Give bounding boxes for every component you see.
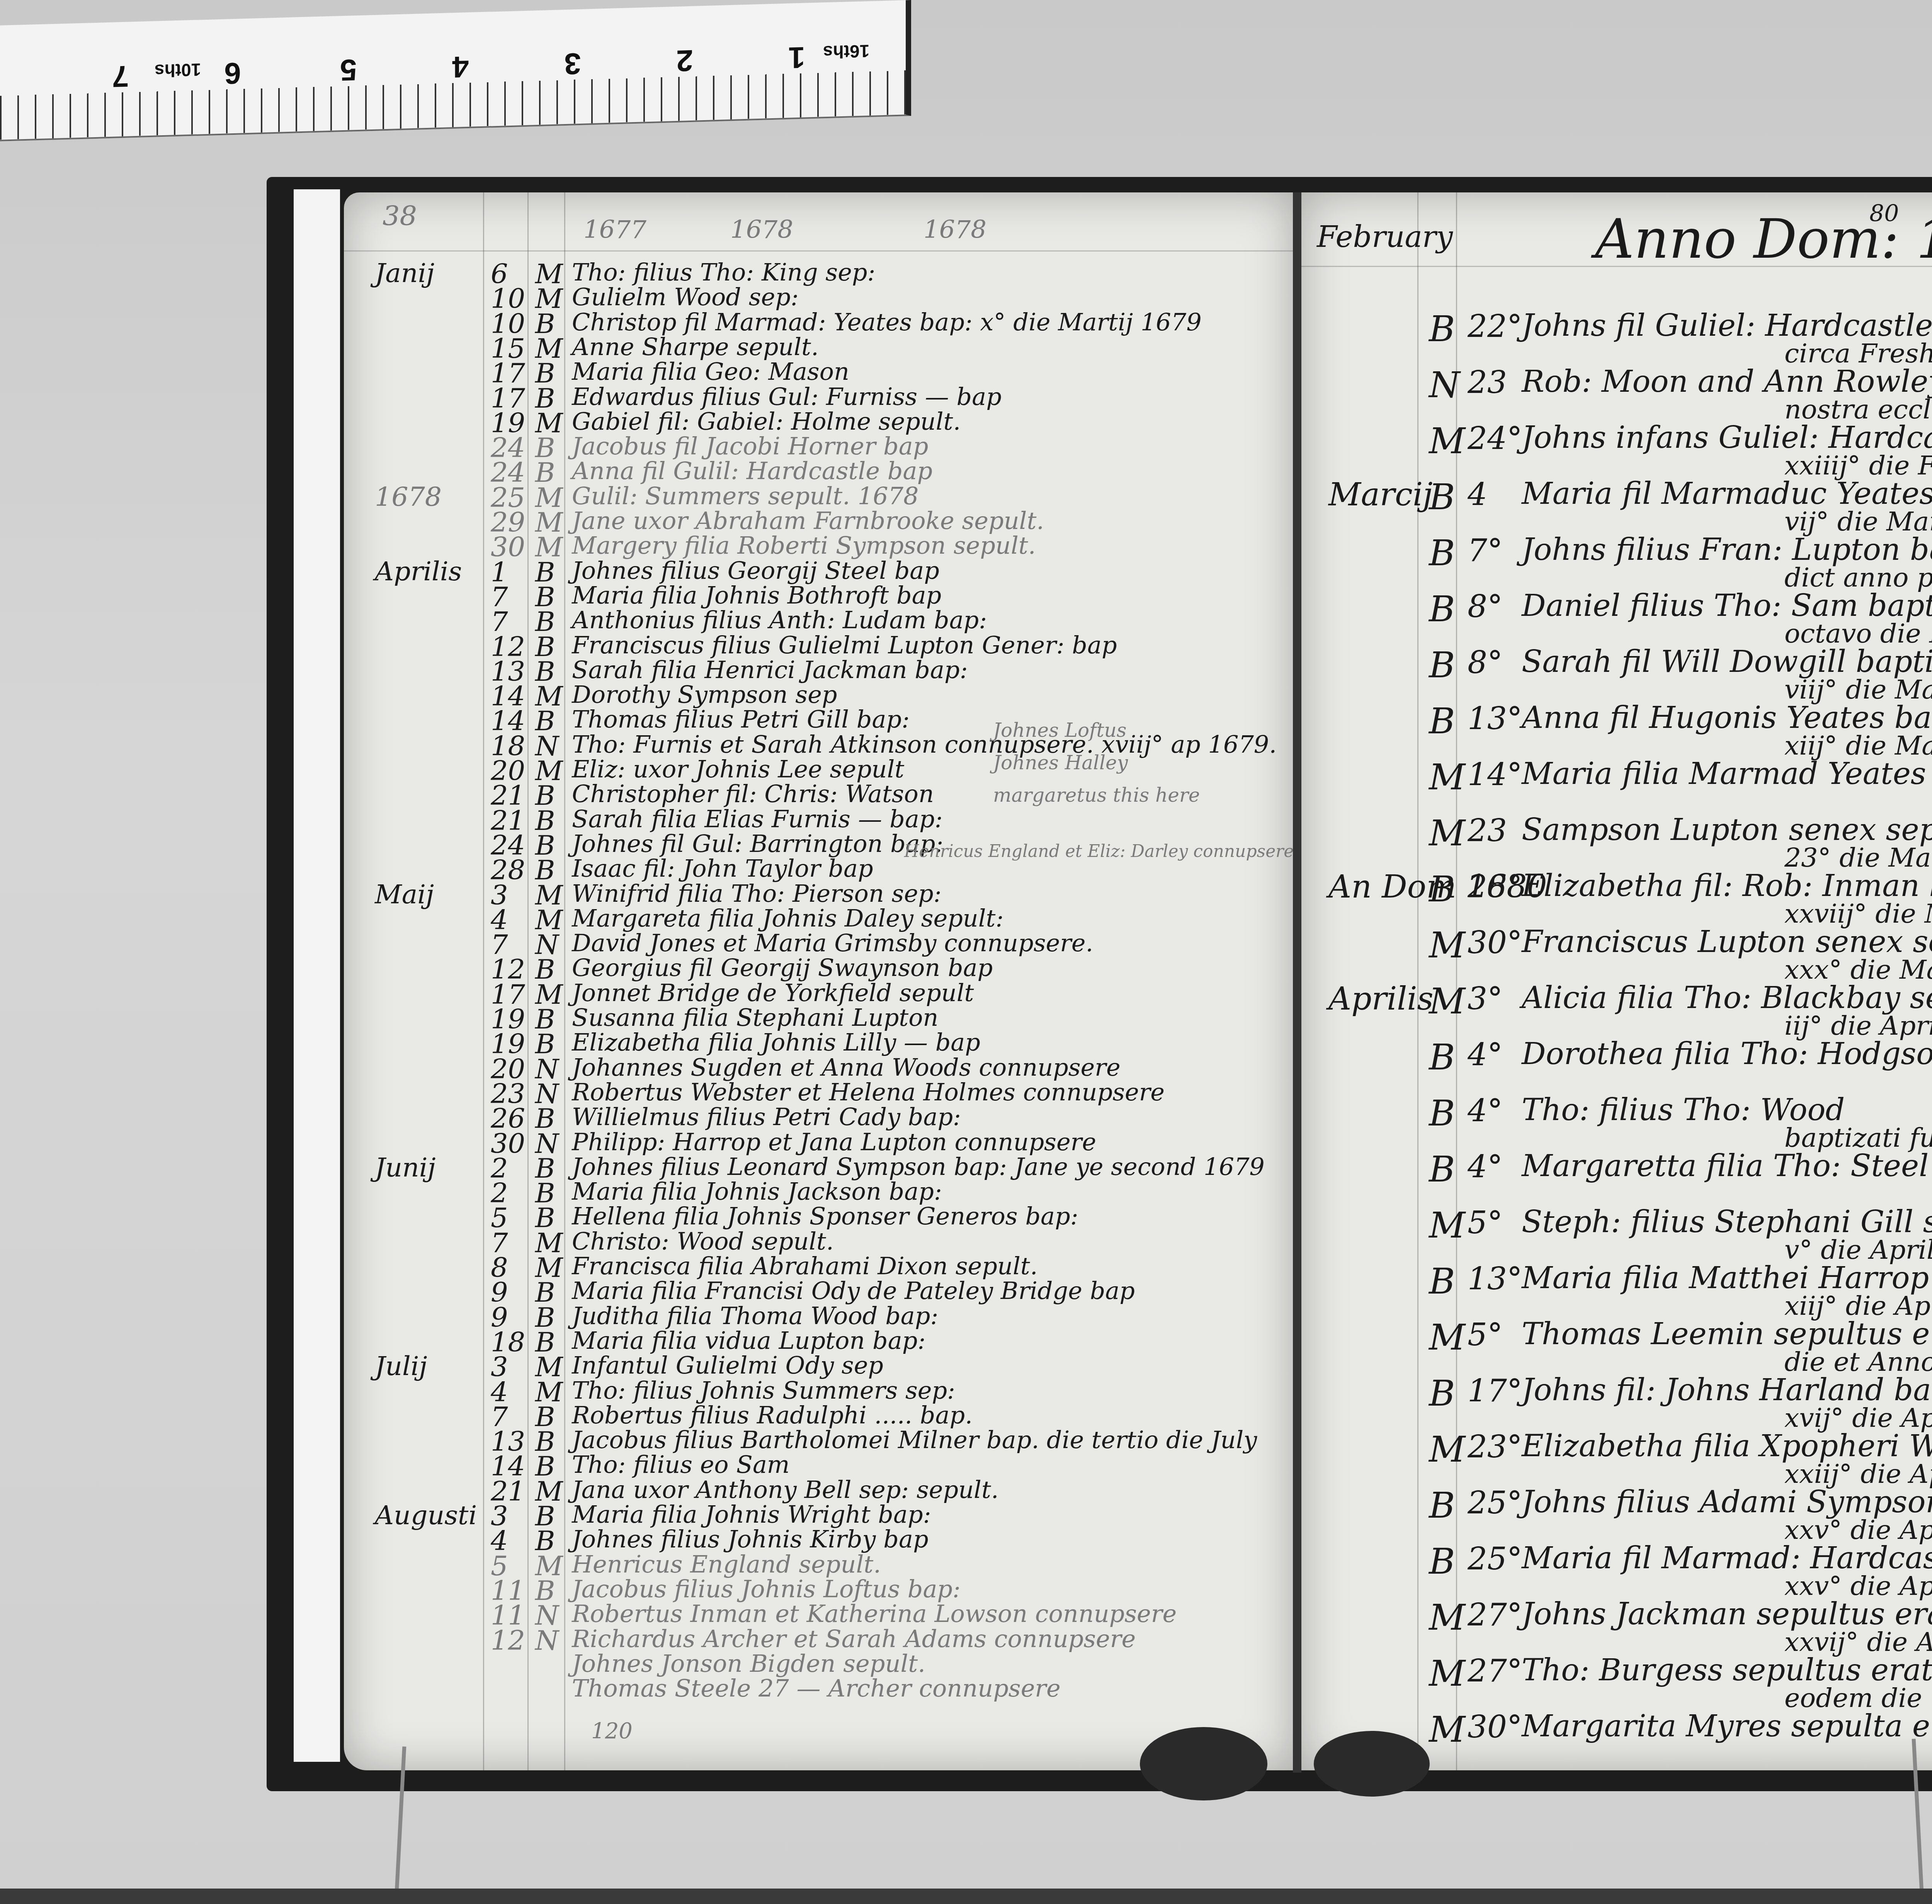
header-rule (344, 250, 1293, 252)
entry-text: Thomas Steele 27 — Archer connupsere (572, 1674, 1061, 1702)
entry-text: Winifrid filia Tho: Pierson sep: (572, 879, 942, 908)
entry-text: Edwardus filius Gul: Furniss — bap (572, 382, 1002, 411)
side-note-line: margaretus this here (993, 779, 1200, 811)
entry-day: 8° (1468, 588, 1503, 624)
right-page: February Anno Dom: 1679 80 39 B22°Johns … (1301, 192, 1932, 1770)
entry-text: Johns filius Fran: Lupton baptizatus era… (1522, 532, 1932, 567)
entry-day: 3° (1468, 981, 1503, 1017)
entry-text: Christop fil Marmad: Yeates bap: x° die … (572, 308, 1202, 336)
entry-text: Sarah filia Henrici Jackman bap: (572, 656, 968, 684)
entry-text: Franciscus filius Gulielmi Lupton Gener:… (572, 631, 1117, 659)
entry-day: 17° (1468, 1373, 1522, 1409)
entry-text: Tho: filius Tho: Wood (1522, 1093, 1845, 1127)
ruler-number: 1 (788, 40, 805, 75)
ruler-number: 2 (676, 43, 693, 78)
entry-type: M (1429, 813, 1465, 854)
entry-text: Infantul Gulielmi Ody sep (572, 1351, 883, 1379)
entry-text: Johns infans Guliel: Hardcastle sepultus… (1522, 420, 1932, 455)
page-foot-number: 120 (591, 1719, 633, 1744)
entry-text: Philipp: Harrop et Jana Lupton connupser… (572, 1128, 1096, 1156)
entry-text: Francisca filia Abrahami Dixon sepult. (572, 1252, 1037, 1280)
page-corner-number: 38 (383, 200, 417, 232)
entry-text: Anna fil Hugonis Yeates baptiza erat (1522, 700, 1932, 735)
entry-text: Margery filia Roberti Sympson sepult. (572, 531, 1036, 559)
entry-text: Johns filius Adami Sympson baptizatus er… (1522, 1485, 1932, 1520)
entry-type: M (1429, 1429, 1465, 1470)
entry-text: Gabiel fil: Gabiel: Holme sepult. (572, 407, 961, 435)
entry-text: Johns Jackman sepultus erat (1522, 1597, 1932, 1632)
entry-type: B (1429, 1093, 1455, 1134)
page-clip-left (1140, 1727, 1267, 1800)
entry-text: Johnes filius Johnis Kirby bap (572, 1525, 929, 1553)
entry-text: Jana uxor Anthony Bell sep: sepult. (572, 1476, 999, 1504)
entry-day: 5° (1468, 1205, 1503, 1241)
entry-text: Dorothea filia Tho: Hodgson (1522, 1037, 1932, 1071)
entry-day: 25° (1468, 1541, 1522, 1577)
entry-day: 5° (1468, 1317, 1503, 1353)
entry-day: 23 (1468, 364, 1507, 400)
entry-text: Maria filia Johnis Wright bap: (572, 1500, 931, 1528)
entry-type: B (1429, 700, 1455, 742)
entry-day: 8° (1468, 644, 1503, 680)
entry-text: Daniel filius Tho: Sam baptizatus erat (1522, 588, 1932, 623)
entry-text: Maria filia Geo: Mason (572, 357, 849, 386)
entry-text: Alicia filia Tho: Blackbay sepulta erat (1522, 981, 1932, 1015)
entry-text: Johns fil Guliel: Hardcastle baptizatus … (1522, 308, 1932, 343)
entry-type: M (1429, 1205, 1465, 1246)
table-row: Thomas Steele 27 — Archer connupsere (344, 1674, 1293, 1714)
entry-day: 13° (1468, 1261, 1522, 1297)
entry-type: M (1429, 1653, 1465, 1694)
entry-text: Maria filia Marmad Yeates sepult xiiij d… (1522, 756, 1932, 791)
entry-type: B (1429, 1037, 1455, 1078)
entry-text: Juditha filia Thoma Wood bap: (572, 1302, 938, 1330)
entry-text: Maria filia Matthei Harrop baptizata era… (1522, 1261, 1932, 1295)
entry-text: Susanna filia Stephani Lupton (572, 1003, 939, 1032)
entry-type: M (1429, 1317, 1465, 1358)
entry-text: Jane uxor Abraham Farnbrooke sepult. (572, 507, 1044, 535)
page-edges-left (294, 189, 340, 1762)
entry-day: 22° (1468, 308, 1522, 344)
entry-day: 13° (1468, 700, 1522, 736)
ruler-number: 6 (224, 55, 241, 91)
entry-text: Richardus Archer et Sarah Adams connupse… (572, 1625, 1136, 1653)
entry-text: Gulielm Wood sep: (572, 283, 799, 311)
entry-text: Maria filia vidua Lupton bap: (572, 1326, 925, 1355)
entry-text: Tho: Burgess sepultus erat (1522, 1653, 1932, 1688)
entry-text: Christo: Wood sepult. (572, 1227, 834, 1255)
entry-type: B (1429, 476, 1455, 518)
entry-text: Elizabetha fil: Rob: Inman baptizatus er… (1522, 869, 1932, 903)
entry-text: Johnes fil Gul: Barrington bap: (572, 830, 943, 858)
side-note-line: Johnes Loftus (993, 714, 1200, 746)
entry-text: Rob: Moon and Ann Rowley publicati apud … (1522, 364, 1932, 399)
month-header: February (1317, 219, 1453, 254)
entry-text: Jacobus fil Jacobi Horner bap (572, 432, 928, 460)
ruler-number: 3 (564, 46, 581, 82)
entry-text: Dorothy Sympson sep (572, 680, 837, 709)
entry-day: 27° (1468, 1597, 1522, 1633)
entry-type: M (1429, 981, 1465, 1022)
entry-day: 4° (1468, 1093, 1503, 1129)
entry-text: Johnes filius Leonard Sympson bap: Jane … (572, 1153, 1265, 1181)
entry-type: N (1429, 364, 1460, 406)
entry-day: 27° (1468, 1653, 1522, 1689)
entry-type: B (1429, 1485, 1455, 1526)
entry-text: Maria fil Marmaduc Yeates baptizatus era… (1522, 476, 1932, 511)
entry-day: 4 (1468, 476, 1487, 512)
entry-text: Tho: filius Tho: King sep: (572, 258, 875, 286)
entry-type: M (1429, 756, 1465, 798)
entry-type: B (1429, 1373, 1455, 1414)
entry-day: 23 (1468, 813, 1507, 848)
entry-text: Gulil: Summers sepult. 1678 (572, 482, 918, 510)
entry-day: 23° (1468, 1429, 1522, 1465)
entry-text: Elizabetha filia Xpopheri Wilson sepulta… (1522, 1429, 1932, 1464)
entry-type: M (1429, 420, 1465, 462)
ruler-units-left: 10ths (155, 59, 201, 81)
marginal-note: Henricus England et Eliz: Darley connups… (904, 841, 1293, 861)
entry-text: Franciscus Lupton senex sepultus erat (1522, 925, 1932, 959)
side-note-line: Johnes Halley (993, 746, 1200, 779)
entry-day: 30° (1468, 925, 1522, 960)
entry-text: Johnes Jonson Bigden sepult. (572, 1649, 925, 1678)
entry-day: 7° (1468, 532, 1503, 568)
entry-day: 14° (1468, 756, 1522, 792)
entry-type: B (1429, 869, 1455, 910)
header-year: 1677 (583, 216, 646, 244)
entry-type: B (1429, 644, 1455, 686)
entry-text: Jonnet Bridge de Yorkfield sepult (572, 979, 974, 1007)
entry-text: Robertus Inman et Katherina Lowson connu… (572, 1600, 1177, 1628)
entry-text: Hellena filia Johnis Sponser Generos bap… (572, 1202, 1078, 1230)
entry-day: 28° (1468, 869, 1522, 904)
entry-text: Jacobus filius Johnis Loftus bap: (572, 1575, 961, 1603)
entry-text: Robertus Webster et Helena Holmes connup… (572, 1078, 1165, 1106)
entry-text: Margarita Myres sepulta erat (1522, 1709, 1932, 1744)
entry-day: 30° (1468, 1709, 1522, 1745)
entry-text: Tho: filius eo Sam (572, 1450, 790, 1479)
entry-text: Sarah filia Elias Furnis — bap: (572, 805, 943, 833)
ruler-number: 5 (340, 52, 357, 88)
entry-text: Thomas filius Petri Gill bap: (572, 705, 910, 733)
entry-text: Anne Sharpe sepult. (572, 333, 819, 361)
entry-text: Thomas Leemin sepultus erat (1522, 1317, 1932, 1351)
entry-type: B (1429, 1261, 1455, 1302)
entry-text: Robertus filius Radulphi ..... bap. (572, 1401, 973, 1429)
title-superscript: 80 (1869, 200, 1899, 227)
entry-text: Johnes filius Georgij Steel bap (572, 556, 939, 585)
page-clip-right (1314, 1731, 1430, 1797)
entry-type: B (1429, 1541, 1455, 1582)
entry-text: Georgius fil Georgij Swaynson bap (572, 954, 993, 982)
entry-text: Willielmus filius Petri Cady bap: (572, 1103, 961, 1131)
book-gutter (1293, 192, 1301, 1773)
entry-text: Maria filia Francisi Ody de Pateley Brid… (572, 1277, 1135, 1305)
entry-text: Margareta filia Johnis Daley sepult: (572, 904, 1003, 932)
entry-type: B (1429, 588, 1455, 630)
entry-text: Sarah fil Will Dowgill baptizatus erat (1522, 644, 1932, 679)
entry-month: Marcij (1328, 476, 1433, 513)
ruler-number: 7 (112, 59, 129, 94)
entry-text: Jacobus filius Bartholomei Milner bap. d… (572, 1426, 1257, 1454)
entry-type: M (1429, 925, 1465, 966)
ruler-number: 4 (452, 49, 469, 85)
left-page: 38 1677 1678 1678 Janij6MTho: filius Tho… (344, 192, 1293, 1770)
scan-bottom-edge (0, 1889, 1932, 1904)
entry-text: Henricus England sepult. (572, 1550, 881, 1578)
entry-text: Anthonius filius Anth: Ludam bap: (572, 606, 987, 634)
side-note: Johnes Loftus Johnes Halley margaretus t… (993, 714, 1200, 811)
entry-text: Johns fil: Johns Harland baptizatus erat (1522, 1373, 1932, 1408)
entry-text: Isaac fil: John Taylor bap (572, 854, 873, 882)
entry-type: M (1429, 1709, 1465, 1750)
header-year: 1678 (730, 216, 793, 244)
entry-text: Christopher fil: Chris: Watson (572, 780, 934, 808)
entry-type: B (1429, 532, 1455, 574)
entry-text: Steph: filius Stephani Gill sepult (1522, 1205, 1932, 1239)
entry-text: Anna fil Gulil: Hardcastle bap (572, 457, 932, 485)
entry-text: Maria filia Johnis Jackson bap: (572, 1177, 942, 1205)
entry-day: 4° (1468, 1037, 1503, 1073)
entry-text: Tho: filius Johnis Summers sep: (572, 1376, 955, 1404)
entry-text: Eliz: uxor Johnis Lee sepult (572, 755, 904, 783)
ruler-units-right: 16ths (823, 41, 869, 63)
entry-type: M (1429, 1597, 1465, 1638)
entry-text: Maria filia Johnis Bothroft bap (572, 581, 941, 609)
entry-text: Sampson Lupton senex sepultus erat (1522, 813, 1932, 847)
entry-type: B (1429, 308, 1455, 350)
entry-text: Maria fil Marmad: Hardcastle baptizata e… (1522, 1541, 1932, 1576)
entry-day: 25° (1468, 1485, 1522, 1521)
entry-text: Margaretta filia Tho: Steel (1522, 1149, 1929, 1183)
entry-text: Johannes Sugden et Anna Woods connupsere (572, 1053, 1121, 1081)
entry-day: 24° (1468, 420, 1522, 456)
entry-type: B (1429, 1149, 1455, 1190)
header-year: 1678 (923, 216, 986, 244)
entry-month: Aprilis (1328, 981, 1434, 1017)
entry-day: 4° (1468, 1149, 1503, 1185)
entry-text: Elizabetha filia Johnis Lilly — bap (572, 1028, 980, 1056)
entry-text: David Jones et Maria Grimsby connupsere. (572, 929, 1093, 957)
